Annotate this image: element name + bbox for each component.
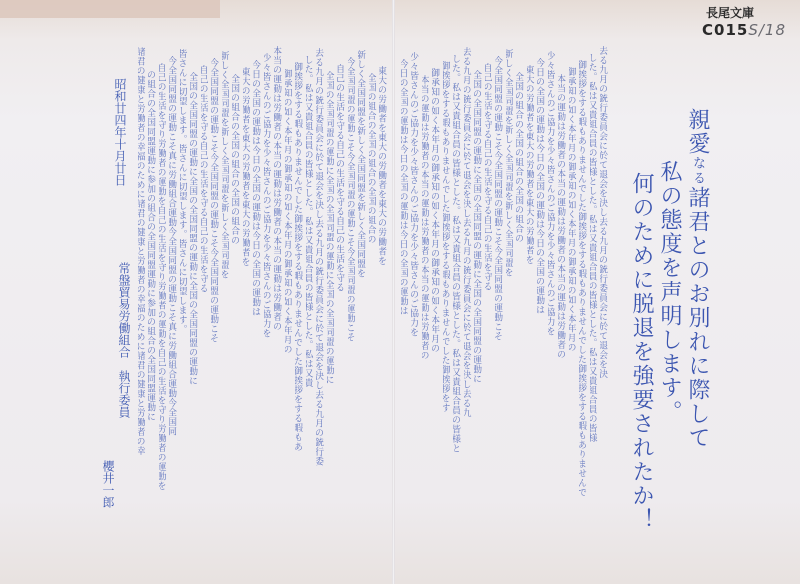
body-column: 今日の全国の運動は今日の全国の運動は今日の全国の運動は xyxy=(537,58,546,456)
body-column: 今日の全国の運動は今日の全国の運動は今日の全国の運動は xyxy=(401,59,410,496)
headline-line1-small: なる xyxy=(690,156,705,186)
body-column: 自己の生活を守る自己の生活を守る自己の生活を守る xyxy=(485,63,494,466)
body-column: 今全国同盟の運動こそ真に労働組合運動今全国同盟の運動こそ真に労働組合運動今全国同… xyxy=(169,56,178,436)
body-column: 御挨拶をする暇もありませんでした御挨拶をする暇もありませんでした御挨拶をする暇も… xyxy=(579,60,588,506)
archive-stamp: 長尾文庫 C015S/18 xyxy=(702,4,786,39)
body-column: 新しく全国同盟を新しく全国同盟を新しく全国同盟を xyxy=(506,49,515,476)
body-column: した。私は又貴組合員の皆様とした。私は又貴組合員の皆様とした。私は又貴組合員の皆… xyxy=(306,55,315,396)
headline-line1-prefix: 親愛 xyxy=(685,108,710,156)
body-column: 全国の組合の全国の組合の全国の組合の xyxy=(369,73,378,486)
body-column: 御承知の如く本年月の御承知の如く本年月の御承知の如く本年月の xyxy=(285,69,294,516)
body-column: 自己の生活を守り労働者の運動を自己の生活を守り労働者の運動を自己の生活を守り労働… xyxy=(159,63,168,496)
body-column: 今全国同盟の運動こそ今全国同盟の運動こそ今全国同盟の運動こそ xyxy=(211,58,220,486)
body-column: 少々皆さんのご協力を少々皆さんのご協力を少々皆さんのご協力を xyxy=(411,52,420,436)
body-column: 今日の全国の運動は今日の全国の運動は今日の全国の運動は xyxy=(253,60,262,406)
body-column: 本当の運動は労働者の本当の運動は労働者の本当の運動は労働者の xyxy=(274,46,283,416)
body-column: 自己の生活を守る自己の生活を守る自己の生活を守る xyxy=(337,64,346,506)
headline-line3: 何のために脱退を強要されたか！ xyxy=(626,172,657,532)
body-column: 御承知の如く本年月の御承知の如く本年月の御承知の如く本年月の xyxy=(569,67,578,436)
body-column: 全国の全国同盟の運動に全国の全国同盟の運動に全国の全国同盟の運動に xyxy=(327,71,336,436)
body-column: した。私は又貴組合員の皆様とした。私は又貴組合員の皆様とした。私は又貴組合員の皆… xyxy=(453,54,462,486)
archive-id-handwritten: S/18 xyxy=(748,21,786,39)
body-column: 御挨拶をする暇もありませんでした御挨拶をする暇もありませんでした御挨拶をする暇も… xyxy=(295,62,304,456)
body-column: 全国の組合の全国の組合の全国の組合の xyxy=(516,72,525,446)
headline-exclamation: ！ xyxy=(629,508,654,532)
tape-stain xyxy=(0,0,220,18)
body-column: した。私は又貴組合員の皆様とした。私は又貴組合員の皆様とした。私は又貴組合員の皆… xyxy=(590,53,599,446)
body-column: 新しく全国同盟を新しく全国同盟を新しく全国同盟を xyxy=(222,51,231,426)
body-column: 少々皆さんのご協力を少々皆さんのご協力を少々皆さんのご協力を xyxy=(264,53,273,476)
signatory: 櫻井一郎 xyxy=(100,460,117,508)
body-column: 去る九月の銃行委員会に於て退会を決し去る九月の銃行委員会に於て退会を決し去る九月… xyxy=(600,46,609,386)
body-column: 全国の組合の全国の組合の全国の組合の xyxy=(232,74,241,526)
body-column: 少々皆さんのご協力を少々皆さんのご協力を少々皆さんのご協力を xyxy=(548,51,557,396)
body-column: 自己の生活を守る自己の生活を守る自己の生活を守る xyxy=(201,65,210,416)
archive-id: C015S/18 xyxy=(702,21,786,39)
date: 昭和廿四年十月廿日 xyxy=(112,78,129,186)
headline-line2: 私の態度を声明します。 xyxy=(654,160,685,424)
body-column: 全国の全国同盟の運動に全国の全国同盟の運動に全国の全国同盟の運動に xyxy=(190,72,199,476)
headline-line1: 親愛なる諸君とのお別れに際して xyxy=(682,108,713,450)
body-column: 皆さんに切望します。皆さんに切望します。皆さんに切望します。 xyxy=(180,49,189,506)
headline-line3-text: 何のために脱退を強要されたか xyxy=(629,172,654,508)
body-column: 東大の労働者を東大の労働者を東大の労働者を xyxy=(527,65,536,516)
body-column: 全国の全国同盟の運動に全国の全国同盟の運動に全国の全国同盟の運動に xyxy=(474,70,483,526)
organization: 常盤貿易労働組合 執行委員 xyxy=(116,262,133,418)
center-fold xyxy=(392,0,395,584)
body-column: 去る九月の銃行委員会に於て退会を決し去る九月の銃行委員会に於て退会を決し去る九月… xyxy=(316,48,325,466)
headline-line1-rest: 諸君とのお別れに際して xyxy=(685,186,710,450)
body-column: 御挨拶をする暇もありませんでした御挨拶をする暇もありませんでした御挨拶をする暇も… xyxy=(443,61,452,416)
body-column: 新しく全国同盟を新しく全国同盟を新しく全国同盟を xyxy=(358,50,367,516)
body-column: 諸君の健康と労働者の幸福のために諸君の健康と労働者の幸福のために諸君の健康と労働… xyxy=(138,47,147,456)
body-column: 東大の労働者を東大の労働者を東大の労働者を xyxy=(243,67,252,466)
body-column: 東大の労働者を東大の労働者を東大の労働者を xyxy=(379,66,388,426)
body-column: 御承知の如く本年月の御承知の如く本年月の御承知の如く本年月の xyxy=(432,68,441,476)
body-column: の組合の全国同盟運動に参加の組合の全国同盟運動に参加の組合の全国同盟運動に参加 xyxy=(148,70,157,426)
body-column: 去る九月の銃行委員会に於て退会を決し去る九月の銃行委員会に於て退会を決し去る九月… xyxy=(464,47,473,426)
archive-collection: 長尾文庫 xyxy=(706,4,786,21)
body-column: 今全国同盟の運動こそ今全国同盟の運動こそ今全国同盟の運動こそ xyxy=(348,57,357,446)
archive-id-printed: C015 xyxy=(702,21,748,39)
body-column: 今全国同盟の運動こそ今全国同盟の運動こそ今全国同盟の運動こそ xyxy=(495,56,504,406)
body-column: 本当の運動は労働者の本当の運動は労働者の本当の運動は労働者の xyxy=(558,74,567,496)
body-column: 本当の運動は労働者の本当の運動は労働者の本当の運動は労働者の xyxy=(422,75,431,536)
